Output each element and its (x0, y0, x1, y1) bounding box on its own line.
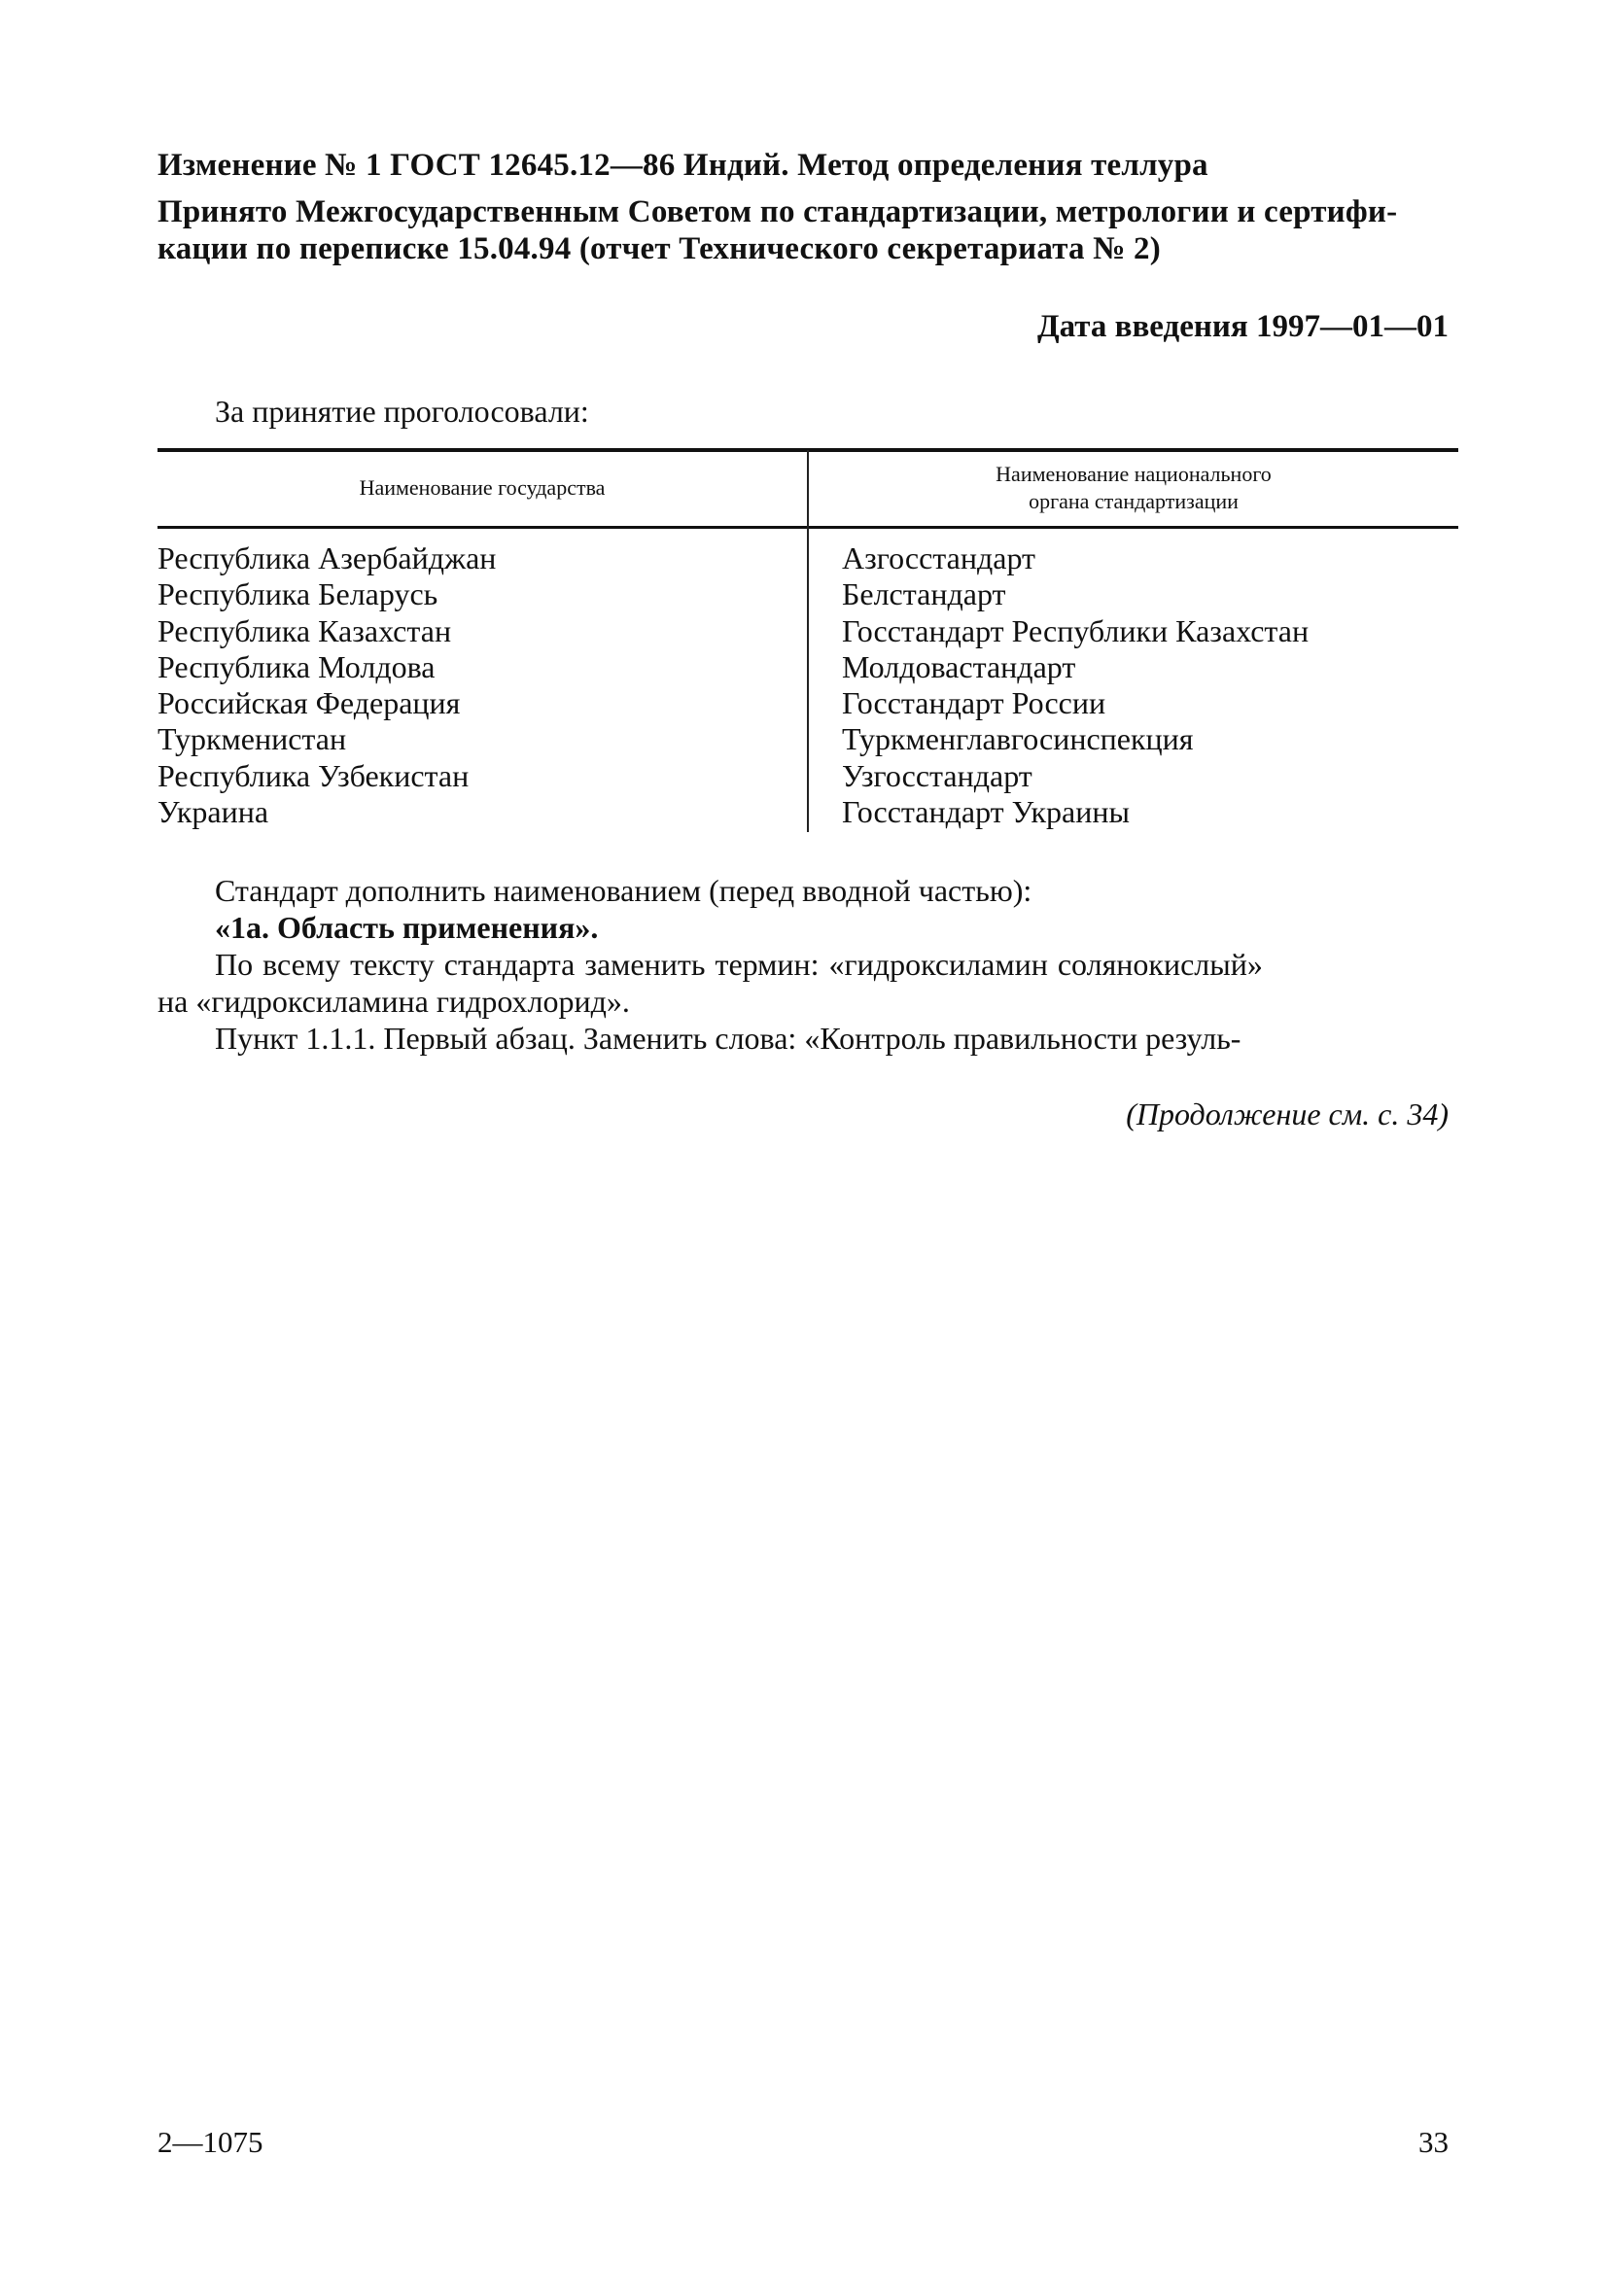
introduction-date: Дата введения 1997—01—01 (1037, 309, 1449, 345)
table-cell-state: Российская Федерация (157, 685, 496, 721)
continuation-note: (Продолжение см. с. 34) (1126, 1096, 1449, 1132)
body-paragraph: Стандарт дополнить наименованием (перед … (215, 873, 1031, 909)
table-cell-state: Республика Казахстан (157, 613, 496, 649)
table-cell-body: Туркменглавгосинспекция (842, 721, 1309, 757)
footer-code: 2—1075 (157, 2125, 263, 2160)
body-paragraph: на «гидроксиламина гидрохлорид». (157, 984, 630, 1020)
table-cell-state: Украина (157, 794, 496, 830)
voted-label: За принятие проголосовали: (215, 394, 589, 430)
table-cell-body: Молдовастандарт (842, 649, 1309, 685)
table-cell-body: Госстандарт Республики Казахстан (842, 613, 1309, 649)
column-header-state: Наименование государства (157, 474, 807, 502)
page-number: 33 (1418, 2125, 1449, 2160)
table-cell-body: Узгосстандарт (842, 758, 1309, 794)
state-column: Республика Азербайджан Республика Белару… (157, 540, 496, 830)
table-cell-state: Республика Молдова (157, 649, 496, 685)
adoption-note-line-2: кации по переписке 15.04.94 (отчет Техни… (157, 231, 1161, 267)
column-header-line: органа стандартизации (809, 488, 1458, 515)
table-cell-body: Госстандарт России (842, 685, 1309, 721)
adoption-note-line-1: Принято Межгосударственным Советом по ст… (157, 194, 1397, 230)
body-paragraph: Пункт 1.1.1. Первый абзац. Заменить слов… (215, 1021, 1241, 1057)
column-divider (807, 450, 809, 832)
document-title: Изменение № 1 ГОСТ 12645.12—86 Индий. Ме… (157, 148, 1208, 184)
standards-body-column: Азгосстандарт Белстандарт Госстандарт Ре… (842, 540, 1309, 830)
table-cell-state: Республика Азербайджан (157, 540, 496, 576)
table-cell-state: Республика Узбекистан (157, 758, 496, 794)
table-cell-state: Республика Беларусь (157, 576, 496, 612)
table-cell-body: Госстандарт Украины (842, 794, 1309, 830)
column-header-standards-body: Наименование национального органа станда… (809, 461, 1458, 515)
body-paragraph: По всему тексту стандарта заменить терми… (215, 947, 1263, 983)
table-cell-body: Азгосстандарт (842, 540, 1309, 576)
column-header-line: Наименование национального (809, 461, 1458, 488)
table-cell-body: Белстандарт (842, 576, 1309, 612)
section-heading: «1а. Область применения». (215, 910, 598, 946)
table-cell-state: Туркменистан (157, 721, 496, 757)
